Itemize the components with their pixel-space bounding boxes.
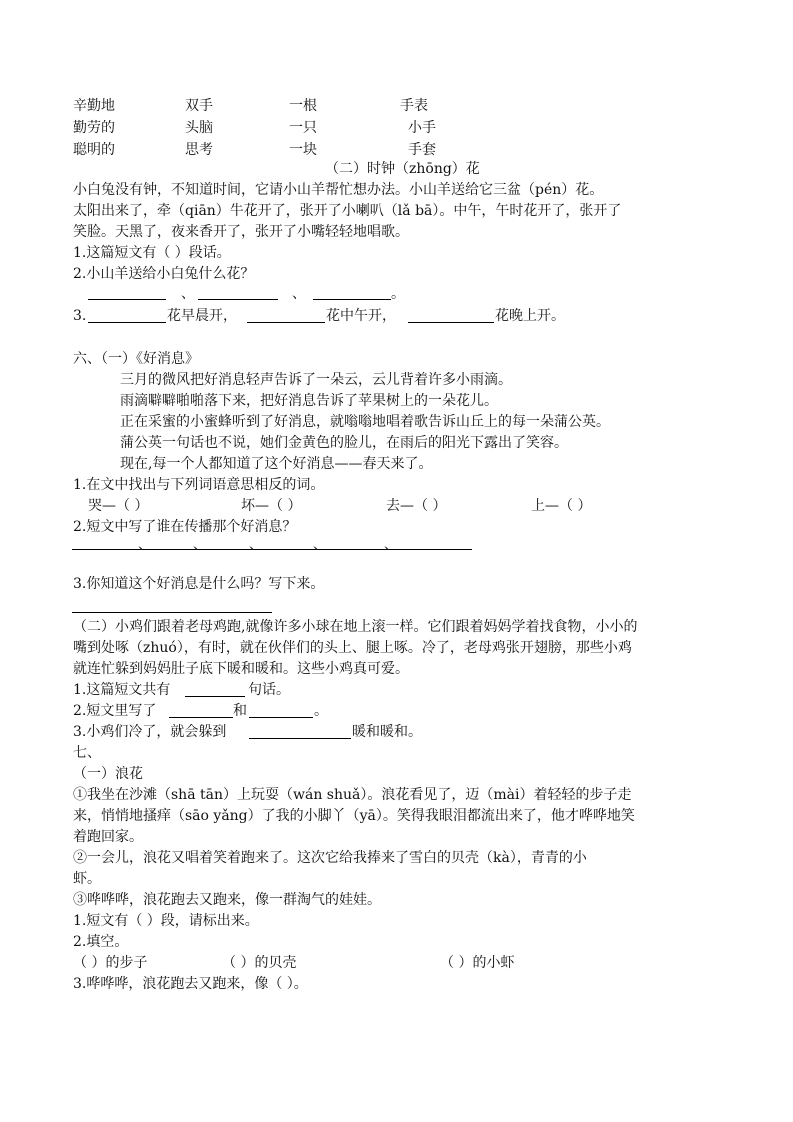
question-3: 3.你知道这个好消息是什么吗？写下来。 <box>73 574 324 594</box>
answer-blank[interactable] <box>185 696 245 697</box>
word-col4-item: 手表 <box>400 96 428 116</box>
word-col4-item: 手套 <box>408 140 436 160</box>
separator: 、 <box>292 284 306 304</box>
section-subheading: （一）浪花 <box>73 764 143 784</box>
answer-blank[interactable] <box>198 299 278 300</box>
answer-blank[interactable] <box>247 322 325 323</box>
antonym-item: 去—（ ） <box>386 496 446 516</box>
answer-blank[interactable] <box>313 299 391 300</box>
passage-line: 太阳出来了，牵（qiān）牛花开了，张开了小喇叭（lǎ bā）。中午，午时花开了… <box>73 201 621 221</box>
word-col4-item: 小手 <box>408 118 436 138</box>
answer-blank[interactable] <box>249 738 351 739</box>
passage-line: 雨滴噼噼啪啪落下来，把好消息告诉了苹果树上的一朵花儿。 <box>120 391 498 411</box>
passage-line: 蒲公英一句话也不说，她们金黄色的脸儿，在雨后的阳光下露出了笑容。 <box>120 433 568 453</box>
section-title: （二）时钟（zhōng）花 <box>325 159 480 179</box>
word-col3-item: 一块 <box>289 140 317 160</box>
answer-blank[interactable] <box>408 322 494 323</box>
separator: 、 <box>384 535 398 555</box>
word-col3-item: 一根 <box>289 96 317 116</box>
answer-blank[interactable] <box>88 322 166 323</box>
separator: 、 <box>249 535 263 555</box>
answer-blank[interactable] <box>88 299 166 300</box>
separator: 、 <box>193 535 207 555</box>
question-3-num: 3. <box>73 306 86 326</box>
passage-line: 现在,每一个人都知道了这个好消息——春天来了。 <box>120 454 432 474</box>
question-2: 2.小山羊送给小白兔什么花？ <box>73 264 254 284</box>
question-3-text: 花中午开， <box>326 306 396 326</box>
separator: 、 <box>313 535 327 555</box>
word-col2-item: 思考 <box>185 140 213 160</box>
passage-line: ②一会儿，浪花又唱着笑着跑来了。这次它给我捧来了雪白的贝壳（kà），青青的小 <box>73 848 587 868</box>
period: 。 <box>314 701 328 721</box>
answer-line[interactable] <box>72 612 272 613</box>
passage-line: 虾。 <box>73 869 101 889</box>
passage-line: 嘴到处啄（zhuó），有时，就在伙伴们的头上、腿上啄。冷了，老母鸡张开翅膀，那些… <box>73 638 632 658</box>
period: 。 <box>391 284 405 304</box>
antonym-item: 坏—（ ） <box>241 496 301 516</box>
antonym-item: 哭—（ ） <box>88 496 148 516</box>
passage-line: 来，悄悄地搔痒（sāo yǎng）了我的小脚丫（yā）。笑得我眼泪都流出来了，他… <box>73 806 635 826</box>
question-1: 1.这篇短文有（ ）段话。 <box>73 243 231 263</box>
question-2: 2.短文中写了谁在传播那个好消息？ <box>73 517 296 537</box>
answer-line[interactable] <box>72 549 472 550</box>
question-2-and: 和 <box>233 701 247 721</box>
antonym-item: 上—（ ） <box>531 496 591 516</box>
passage-line: ③哗哗哗，浪花跑去又跑来，像一群淘气的娃娃。 <box>73 890 381 910</box>
passage-line: 就连忙躲到妈妈肚子底下暖和暖和。这些小鸡真可爱。 <box>73 659 409 679</box>
question-1: 1.短文有（ ）段，请标出来。 <box>73 911 259 931</box>
fill-item: （ ）的步子 <box>73 953 147 973</box>
word-col1-item: 勤劳的 <box>73 118 115 138</box>
passage-line: 小白兔没有钟，不知道时间，它请小山羊帮忙想办法。小山羊送给它三盆（pén）花。 <box>73 180 603 200</box>
fill-item: （ ）的贝壳 <box>222 953 296 973</box>
word-col1-item: 聪明的 <box>73 140 115 160</box>
answer-blank[interactable] <box>249 717 313 718</box>
passage-line: 着跑回家。 <box>73 827 143 847</box>
question-2: 2.填空。 <box>73 932 128 952</box>
question-3-text: 花晚上开。 <box>495 306 565 326</box>
passage-line: 正在采蜜的小蜜蜂听到了好消息，就嗡嗡地唱着歌告诉山丘上的每一朵蒲公英。 <box>120 412 610 432</box>
word-col2-item: 双手 <box>185 96 213 116</box>
question-3-text: 花早晨开， <box>167 306 237 326</box>
question-1: 1.在文中找出与下列词语意思相反的词。 <box>73 475 324 495</box>
section-heading: 七、 <box>73 743 101 763</box>
passage-line: ①我坐在沙滩（shā tān）上玩耍（wán shuǎ）。浪花看见了，迈（mài… <box>73 785 631 805</box>
word-col3-item: 一只 <box>289 118 317 138</box>
question-1-suffix: 句话。 <box>248 680 290 700</box>
word-col2-item: 头脑 <box>185 118 213 138</box>
question-1: 1.这篇短文共有 <box>73 680 170 700</box>
separator: 、 <box>181 284 195 304</box>
section-heading: 六、（一）《好消息》 <box>73 349 199 369</box>
separator: 、 <box>138 535 152 555</box>
fill-item: （ ）的小虾 <box>440 953 514 973</box>
question-3: 3.哗哗哗，浪花跑去又跑来，像（ ）。 <box>73 974 308 994</box>
passage-line: 笑脸。天黑了，夜来香开了，张开了小嘴轻轻地唱歌。 <box>73 222 409 242</box>
passage-line: 三月的微风把好消息轻声告诉了一朵云，云儿背着许多小雨滴。 <box>120 370 512 390</box>
question-2: 2.短文里写了 <box>73 701 156 721</box>
word-col1-item: 辛勤地 <box>73 96 115 116</box>
question-3-suffix: 暖和暖和。 <box>352 722 422 742</box>
answer-blank[interactable] <box>169 717 233 718</box>
question-3: 3.小鸡们冷了，就会躲到 <box>73 722 226 742</box>
passage-line: （二）小鸡们跟着老母鸡跑,就像许多小球在地上滚一样。它们跟着妈妈学着找食物，小小… <box>73 617 637 637</box>
